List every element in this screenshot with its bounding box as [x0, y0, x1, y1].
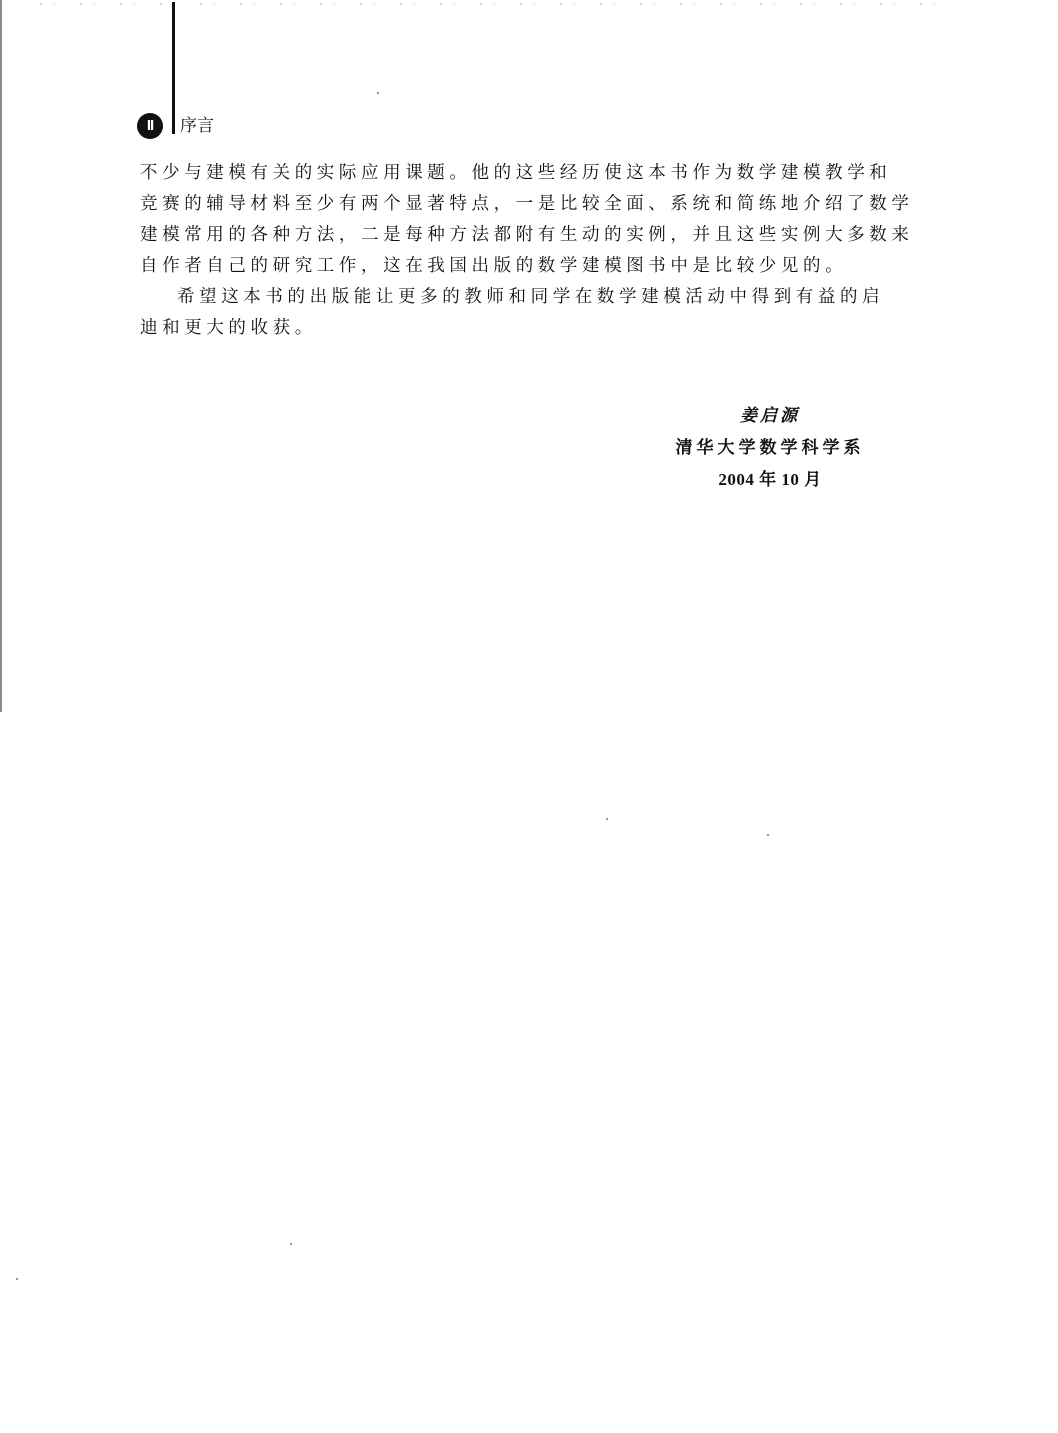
- text-line: 建模常用的各种方法，二是每种方法都附有生动的实例，并且这些实例大多数来: [140, 220, 922, 251]
- scan-speck: [767, 834, 769, 836]
- signature-block: 姜启源 清华大学数学科学系 2004 年 10 月: [660, 400, 880, 496]
- paragraph-2: 希望这本书的出版能让更多的教师和同学在数学建模活动中得到有益的启 迪和更大的收获…: [140, 282, 922, 344]
- section-title: 序言: [180, 114, 214, 138]
- scan-speck: [377, 92, 379, 94]
- text-line: 希望这本书的出版能让更多的教师和同学在数学建模活动中得到有益的启: [140, 282, 922, 313]
- scan-speck: [290, 1243, 292, 1245]
- text-line: 迪和更大的收获。: [140, 313, 922, 344]
- scan-noise: [40, 3, 940, 5]
- signature-date: 2004 年 10 月: [660, 464, 880, 496]
- page-number-badge: II: [137, 113, 163, 139]
- author-affiliation: 清华大学数学科学系: [660, 432, 880, 464]
- preface-body: 不少与建模有关的实际应用课题。他的这些经历使这本书作为数学建模教学和 竞赛的辅导…: [140, 158, 922, 344]
- author-name: 姜启源: [660, 400, 880, 432]
- scan-speck: [606, 818, 608, 820]
- text-line: 竞赛的辅导材料至少有两个显著特点，一是比较全面、系统和简练地介绍了数学: [140, 189, 922, 220]
- scan-speck: [16, 1278, 18, 1280]
- text-line: 自作者自己的研究工作，这在我国出版的数学建模图书中是比较少见的。: [140, 251, 922, 282]
- text-line: 不少与建模有关的实际应用课题。他的这些经历使这本书作为数学建模教学和: [140, 158, 922, 189]
- header-rule: [172, 2, 175, 134]
- paragraph-1: 不少与建模有关的实际应用课题。他的这些经历使这本书作为数学建模教学和 竞赛的辅导…: [140, 158, 922, 282]
- scan-edge: [0, 0, 2, 712]
